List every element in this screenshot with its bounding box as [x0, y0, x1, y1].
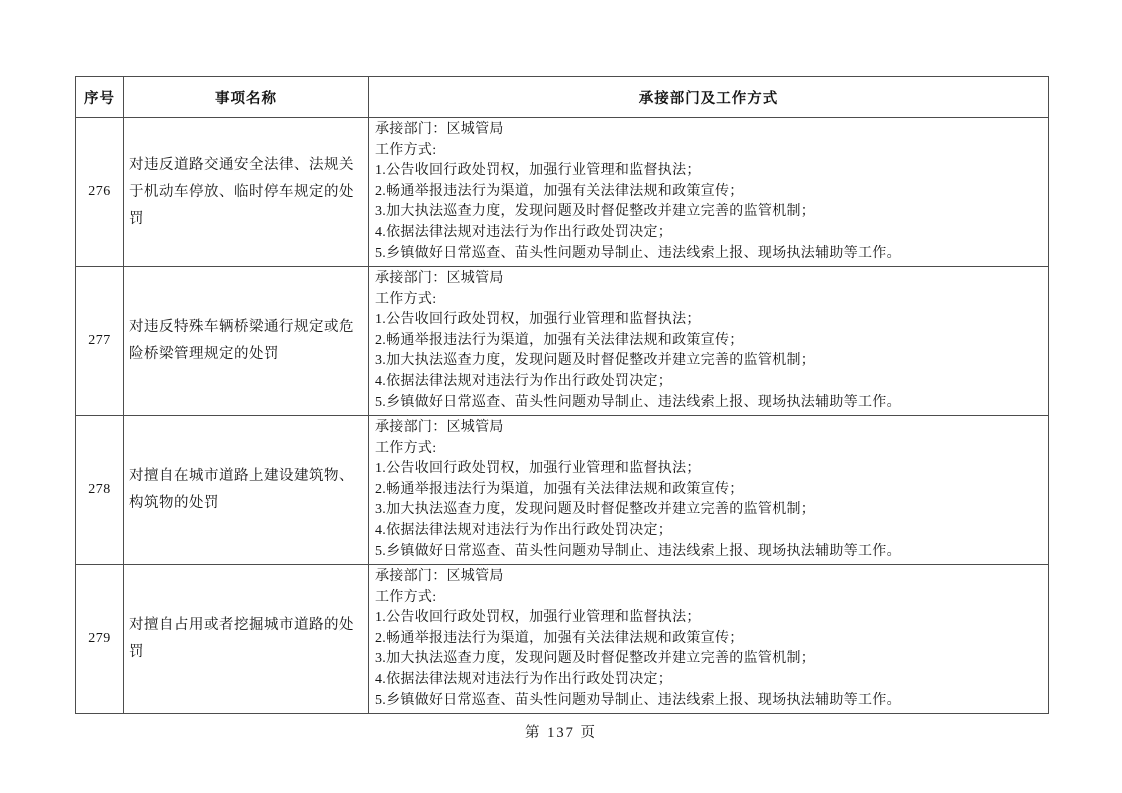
serial-number-cell: 277 — [76, 267, 124, 416]
detail-line-item-1: 1.公告收回行政处罚权，加强行业管理和监督执法； — [375, 310, 1040, 331]
detail-line-item-5: 5.乡镇做好日常巡查、苗头性问题劝导制止、违法线索上报、现场执法辅助等工作。 — [375, 691, 1040, 712]
table-row: 278 对擅自在城市道路上建设建筑物、构筑物的处罚 承接部门：区城管局 工作方式… — [76, 416, 1049, 565]
table-row: 279 对擅自占用或者挖掘城市道路的处罚 承接部门：区城管局 工作方式: 1.公… — [76, 565, 1049, 714]
serial-number-cell: 276 — [76, 118, 124, 267]
detail-cell: 承接部门：区城管局 工作方式: 1.公告收回行政处罚权，加强行业管理和监督执法；… — [369, 267, 1049, 416]
detail-line-item-5: 5.乡镇做好日常巡查、苗头性问题劝导制止、违法线索上报、现场执法辅助等工作。 — [375, 244, 1040, 265]
header-item-name: 事项名称 — [124, 77, 369, 118]
detail-line-item-3: 3.加大执法巡查力度，发现问题及时督促整改并建立完善的监管机制； — [375, 649, 1040, 670]
items-table: 序号 事项名称 承接部门及工作方式 276 对违反道路交通安全法律、法规关于机动… — [75, 76, 1049, 714]
detail-line-item-4: 4.依据法律法规对违法行为作出行政处罚决定； — [375, 670, 1040, 691]
detail-line-item-3: 3.加大执法巡查力度，发现问题及时督促整改并建立完善的监管机制； — [375, 351, 1040, 372]
detail-line-workmode-label: 工作方式: — [375, 588, 1040, 609]
detail-line-item-2: 2.畅通举报违法行为渠道，加强有关法律法规和政策宣传； — [375, 480, 1040, 501]
item-name-cell: 对违反特殊车辆桥梁通行规定或危险桥梁管理规定的处罚 — [124, 267, 369, 416]
detail-line-item-5: 5.乡镇做好日常巡查、苗头性问题劝导制止、违法线索上报、现场执法辅助等工作。 — [375, 542, 1040, 563]
detail-cell: 承接部门：区城管局 工作方式: 1.公告收回行政处罚权，加强行业管理和监督执法；… — [369, 118, 1049, 267]
table-row: 277 对违反特殊车辆桥梁通行规定或危险桥梁管理规定的处罚 承接部门：区城管局 … — [76, 267, 1049, 416]
item-name-cell: 对擅自占用或者挖掘城市道路的处罚 — [124, 565, 369, 714]
detail-line-item-5: 5.乡镇做好日常巡查、苗头性问题劝导制止、违法线索上报、现场执法辅助等工作。 — [375, 393, 1040, 414]
detail-line-department: 承接部门：区城管局 — [375, 418, 1040, 439]
table-header-row: 序号 事项名称 承接部门及工作方式 — [76, 77, 1049, 118]
detail-cell: 承接部门：区城管局 工作方式: 1.公告收回行政处罚权，加强行业管理和监督执法；… — [369, 565, 1049, 714]
detail-line-department: 承接部门：区城管局 — [375, 120, 1040, 141]
header-serial-number: 序号 — [76, 77, 124, 118]
serial-number-cell: 279 — [76, 565, 124, 714]
detail-line-item-2: 2.畅通举报违法行为渠道，加强有关法律法规和政策宣传； — [375, 182, 1040, 203]
page-number: 第 137 页 — [0, 721, 1122, 742]
detail-line-item-3: 3.加大执法巡查力度，发现问题及时督促整改并建立完善的监管机制； — [375, 500, 1040, 521]
document-page: 序号 事项名称 承接部门及工作方式 276 对违反道路交通安全法律、法规关于机动… — [0, 0, 1122, 793]
detail-line-item-4: 4.依据法律法规对违法行为作出行政处罚决定； — [375, 223, 1040, 244]
detail-line-item-2: 2.畅通举报违法行为渠道，加强有关法律法规和政策宣传； — [375, 629, 1040, 650]
detail-line-item-1: 1.公告收回行政处罚权，加强行业管理和监督执法； — [375, 161, 1040, 182]
header-department-workmode: 承接部门及工作方式 — [369, 77, 1049, 118]
serial-number-cell: 278 — [76, 416, 124, 565]
detail-line-workmode-label: 工作方式: — [375, 439, 1040, 460]
detail-line-department: 承接部门：区城管局 — [375, 567, 1040, 588]
item-name-cell: 对违反道路交通安全法律、法规关于机动车停放、临时停车规定的处罚 — [124, 118, 369, 267]
item-name-cell: 对擅自在城市道路上建设建筑物、构筑物的处罚 — [124, 416, 369, 565]
detail-line-item-1: 1.公告收回行政处罚权，加强行业管理和监督执法； — [375, 608, 1040, 629]
detail-line-item-2: 2.畅通举报违法行为渠道，加强有关法律法规和政策宣传； — [375, 331, 1040, 352]
detail-line-item-3: 3.加大执法巡查力度，发现问题及时督促整改并建立完善的监管机制； — [375, 202, 1040, 223]
detail-line-item-4: 4.依据法律法规对违法行为作出行政处罚决定； — [375, 372, 1040, 393]
detail-line-workmode-label: 工作方式: — [375, 141, 1040, 162]
detail-line-item-4: 4.依据法律法规对违法行为作出行政处罚决定； — [375, 521, 1040, 542]
detail-line-department: 承接部门：区城管局 — [375, 269, 1040, 290]
detail-cell: 承接部门：区城管局 工作方式: 1.公告收回行政处罚权，加强行业管理和监督执法；… — [369, 416, 1049, 565]
table-row: 276 对违反道路交通安全法律、法规关于机动车停放、临时停车规定的处罚 承接部门… — [76, 118, 1049, 267]
detail-line-item-1: 1.公告收回行政处罚权，加强行业管理和监督执法； — [375, 459, 1040, 480]
detail-line-workmode-label: 工作方式: — [375, 290, 1040, 311]
